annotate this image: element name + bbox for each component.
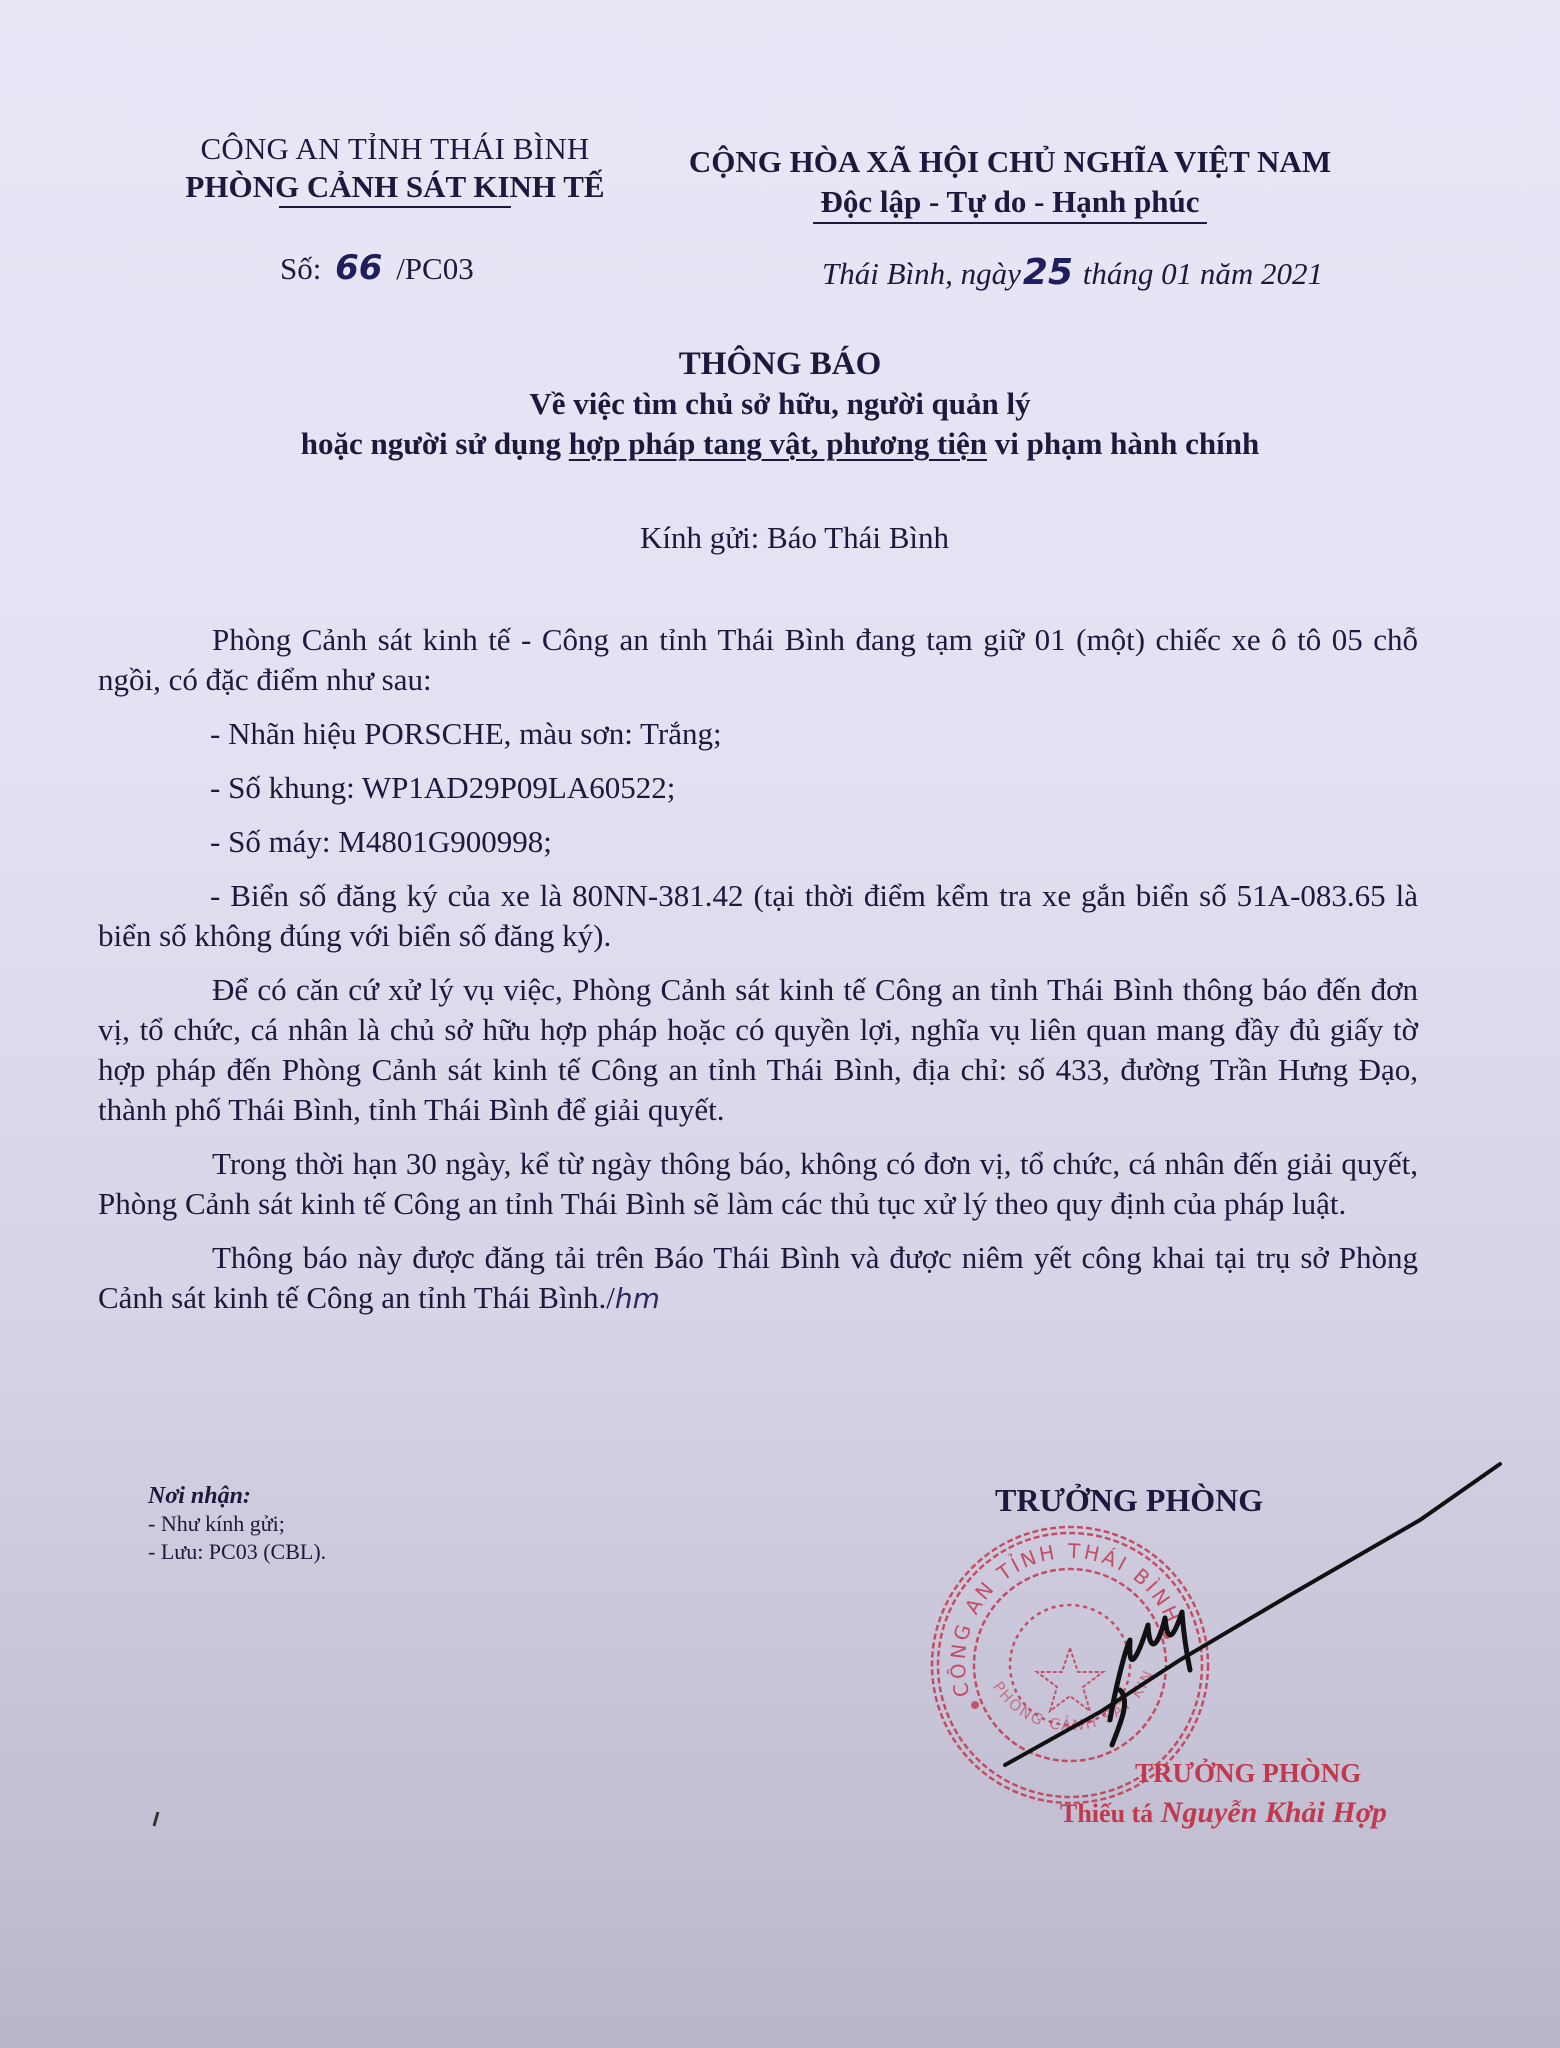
document-number-suffix: /PC03 [396,251,474,286]
distribution-label: Nơi nhận: [148,1482,326,1510]
header-right-underline [813,222,1207,224]
vehicle-brand-item: - Nhãn hiệu PORSCHE, màu sơn: Trắng; [98,714,1418,754]
document-page: CÔNG AN TỈNH THÁI BÌNH PHÒNG CẢNH SÁT KI… [0,0,1560,2048]
publish-paragraph: Thông báo này được đăng tải trên Báo Thá… [98,1238,1418,1319]
distribution-item: - Lưu: PC03 (CBL). [148,1538,326,1566]
place-and-date: Thái Bình, ngày25 tháng 01 năm 2021 [822,252,1323,293]
national-motto: Độc lập - Tự do - Hạnh phúc [640,182,1380,222]
distribution-list: Nơi nhận: - Như kính gửi; - Lưu: PC03 (C… [148,1482,326,1566]
parent-organization: CÔNG AN TỈNH THÁI BÌNH [160,130,630,168]
document-subject-line-2: hoặc người sử dụng hợp pháp tang vật, ph… [180,424,1380,464]
document-title-block: THÔNG BÁO Về việc tìm chủ sở hữu, người … [180,344,1380,464]
subject-part-a: hoặc người sử dụng [301,426,569,461]
addressee: Kính gửi: Báo Thái Bình [640,520,949,556]
signer-name: Thiếu tá Nguyễn Khải Hợp [1060,1796,1387,1830]
document-subject-line-1: Về việc tìm chủ sở hữu, người quản lý [180,384,1380,424]
place-date-prefix: Thái Bình, ngày [822,256,1021,291]
publish-text: Thông báo này được đăng tải trên Báo Thá… [98,1240,1418,1315]
day-handwritten: 25 [1023,252,1073,293]
vehicle-chassis-item: - Số khung: WP1AD29P09LA60522; [98,768,1418,808]
document-number-handwritten: 66 [335,248,382,288]
signer-rank: Thiếu tá [1060,1799,1153,1828]
intro-paragraph: Phòng Cảnh sát kinh tế - Công an tỉnh Th… [98,620,1418,700]
signer-title: TRƯỞNG PHÒNG [995,1482,1263,1519]
initial-mark: hm [615,1282,660,1315]
basis-paragraph: Để có căn cứ xử lý vụ việc, Phòng Cảnh s… [98,970,1418,1130]
nation-name: CỘNG HÒA XÃ HỘI CHỦ NGHĨA VIỆT NAM [640,142,1380,182]
document-title: THÔNG BÁO [180,344,1380,384]
signer-full-name: Nguyễn Khải Hợp [1161,1796,1387,1829]
vehicle-engine-item: - Số máy: M4801G900998; [98,822,1418,862]
national-header: CỘNG HÒA XÃ HỘI CHỦ NGHĨA VIỆT NAM Độc l… [640,142,1380,224]
vehicle-plate-item: - Biển số đăng ký của xe là 80NN-381.42 … [98,876,1418,956]
document-body: Phòng Cảnh sát kinh tế - Công an tỉnh Th… [98,620,1418,1333]
subject-part-b: vi phạm hành chính [987,426,1259,461]
organization-name: PHÒNG CẢNH SÁT KINH TẾ [160,168,630,206]
subject-underlined: hợp pháp tang vật, phương tiện [569,426,987,461]
deadline-paragraph: Trong thời hạn 30 ngày, kể từ ngày thông… [98,1144,1418,1224]
header-left-underline [279,206,511,208]
place-date-suffix: tháng 01 năm 2021 [1083,256,1323,291]
distribution-item: - Như kính gửi; [148,1510,326,1538]
document-number-prefix: Số: [280,251,321,286]
document-number: Số: 66 /PC03 [280,248,474,288]
stamp-signer-title: TRƯỞNG PHÒNG [1135,1758,1361,1789]
issuing-authority: CÔNG AN TỈNH THÁI BÌNH PHÒNG CẢNH SÁT KI… [160,130,630,208]
